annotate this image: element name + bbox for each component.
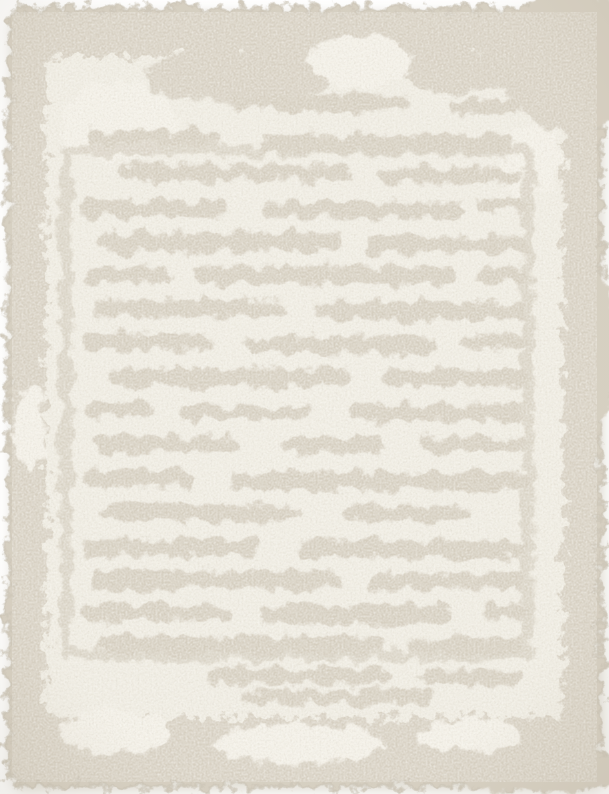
photo-vignette [0,0,609,794]
rug-image [0,0,609,794]
rug-product-photo [0,0,609,794]
